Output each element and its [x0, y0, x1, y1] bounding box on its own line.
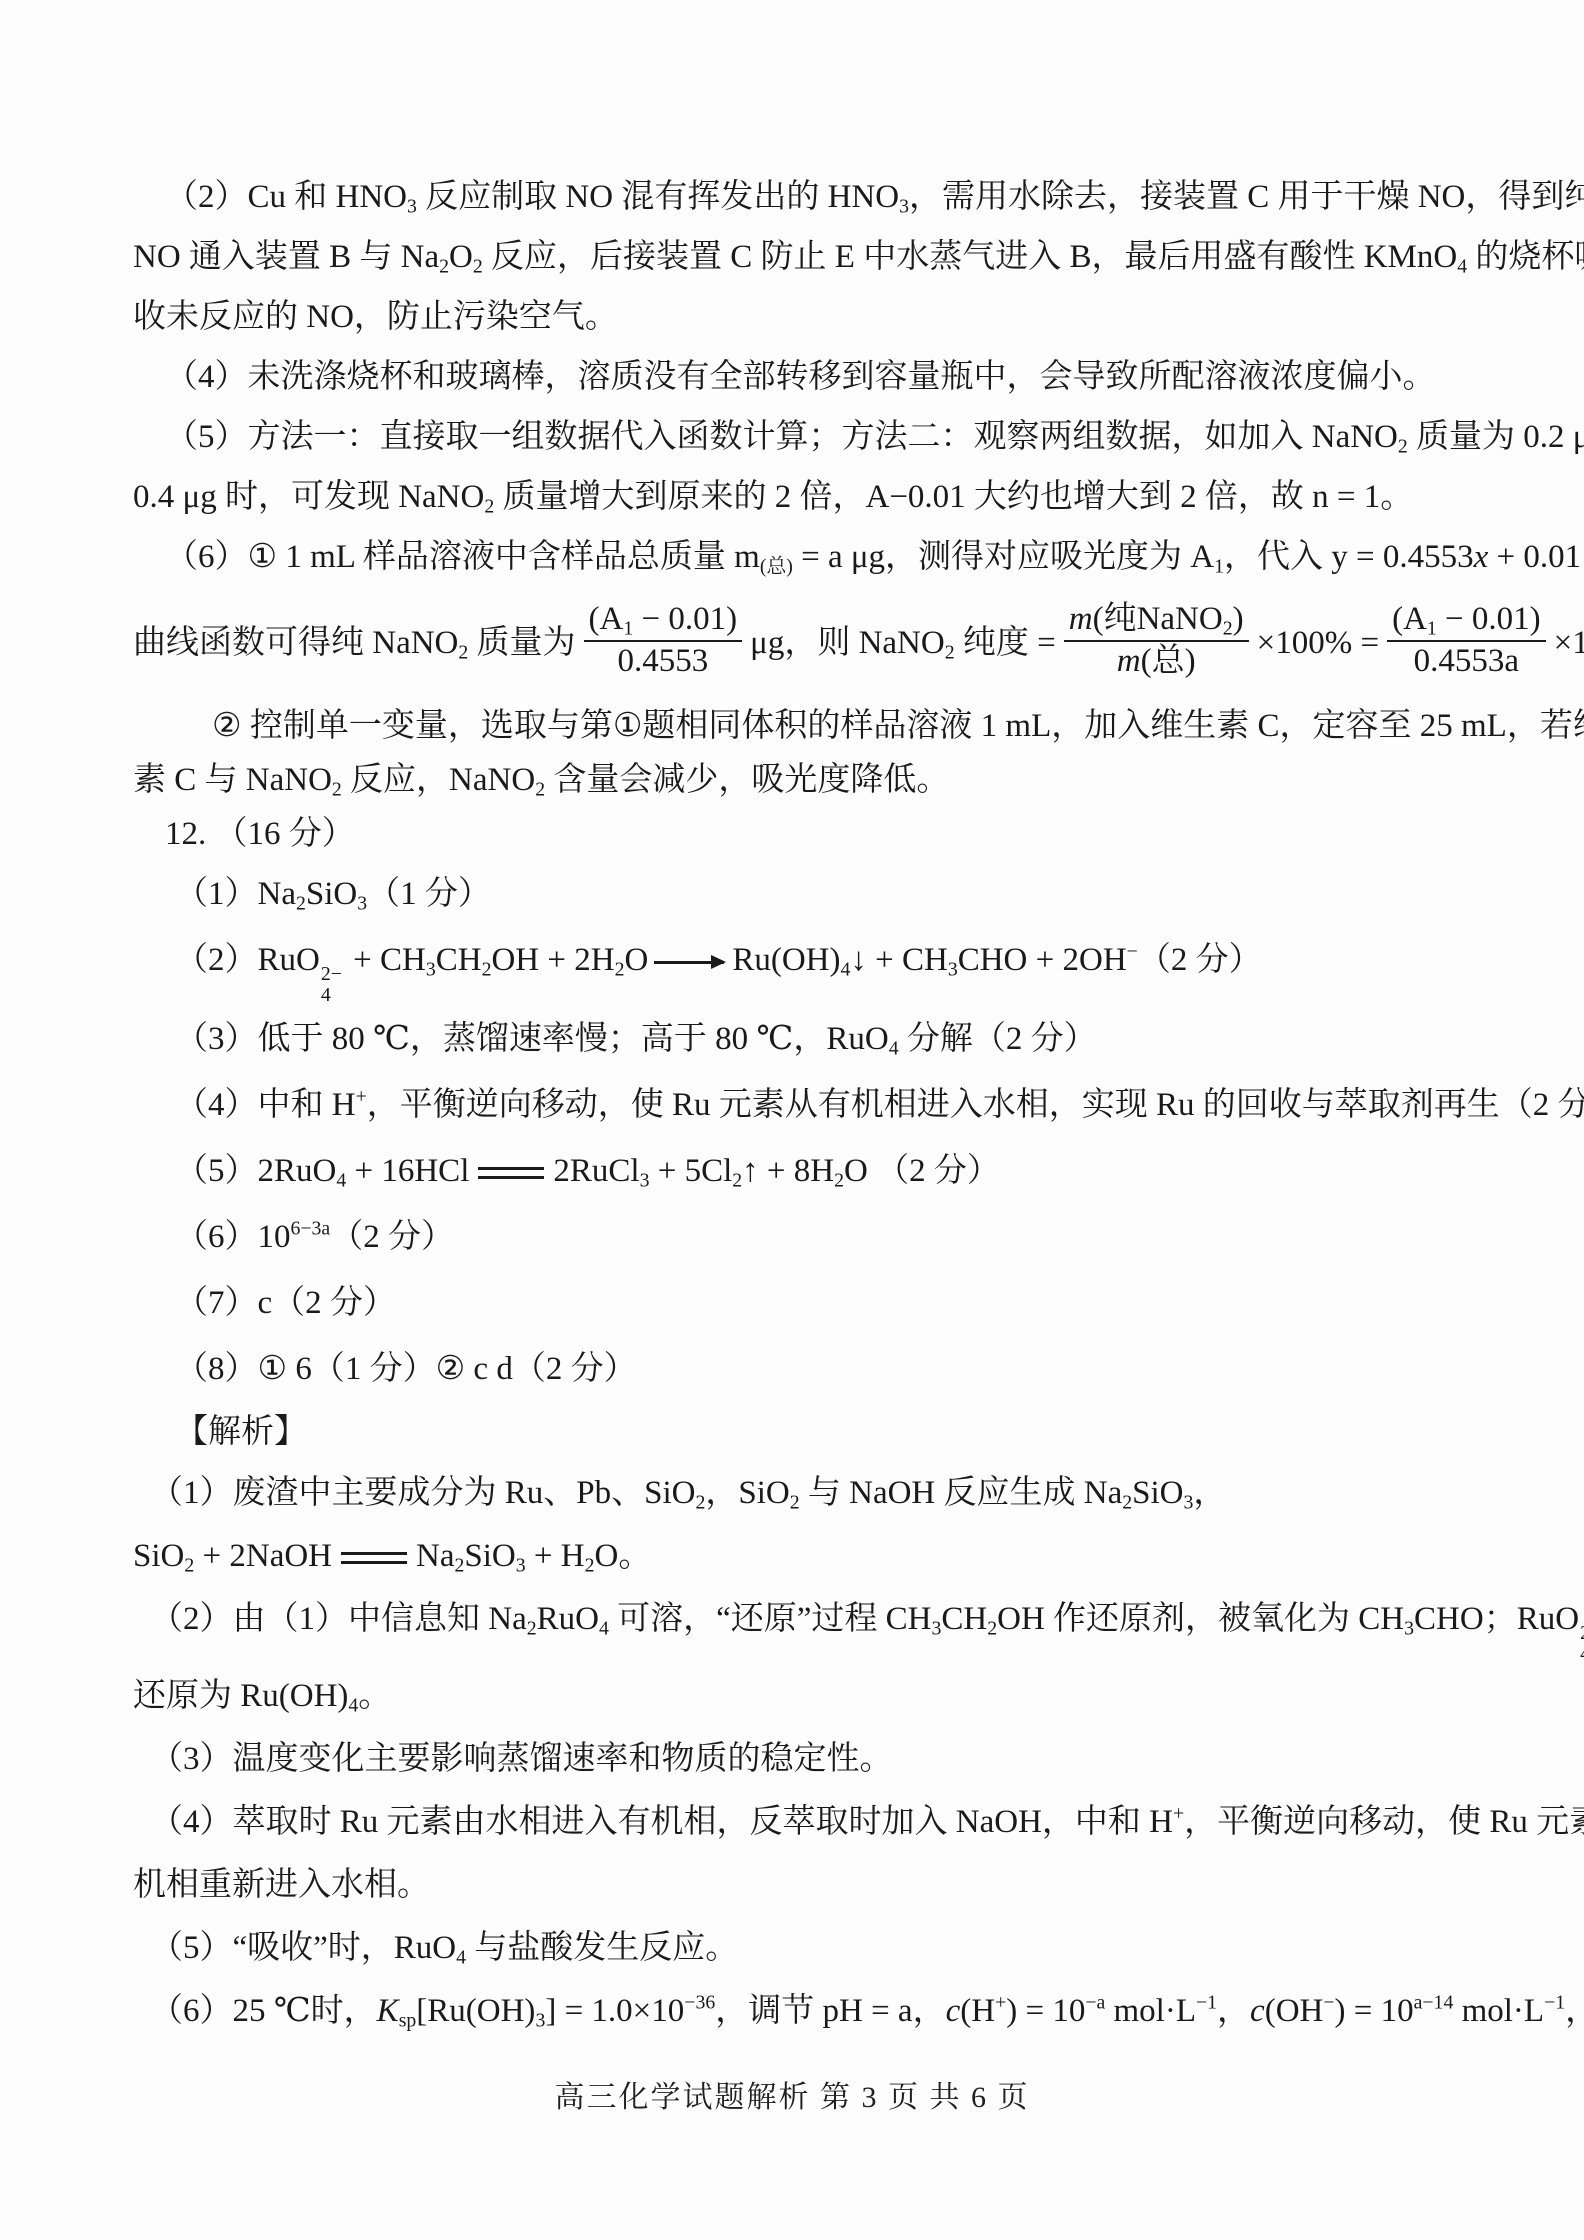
text-line: ② 控制单一变量，选取与第①题相同体积的样品溶液 1 mL，加入维生素 C，定容… [133, 699, 1463, 753]
text-line: （2）RuO2−4 + CH3CH2OH + 2H2ORu(OH)4↓ + CH… [133, 927, 1463, 1006]
page-footer: 高三化学试题解析 第 3 页 共 6 页 [0, 2072, 1584, 2116]
double-equals-bond [478, 1167, 544, 1179]
fraction: (A1 − 0.01)0.4553 [584, 600, 743, 681]
text-line: 12. （16 分） [133, 807, 1463, 861]
text-line: （8）① 6（1 分）② c d（2 分） [133, 1336, 1463, 1402]
text-line: 【解析】 [133, 1402, 1463, 1462]
text-line: （3）低于 80 ℃，蒸馏速率慢；高于 80 ℃，RuO4 分解（2 分） [133, 1006, 1463, 1072]
text-line: （2）由（1）中信息知 Na2RuO4 可溶，“还原”过程 CH3CH2OH 作… [133, 1588, 1463, 1665]
fraction: m(纯NaNO2)m(总) [1064, 600, 1249, 681]
text-line: （6）25 ℃时，Ksp[Ru(OH)3] = 1.0×10−36，调节 pH … [133, 1980, 1463, 2043]
text-line: （5）2RuO4 + 16HCl2RuCl3 + 5Cl2↑ + 8H2O （2… [133, 1138, 1463, 1204]
answer-text-block: （2）Cu 和 HNO3 反应制取 NO 混有挥发出的 HNO3，需用水除去，接… [133, 167, 1463, 2043]
ion-charge-stack: 2−4 [321, 964, 342, 1006]
text-line: 0.4 μg 时，可发现 NaNO2 质量增大到原来的 2 倍，A−0.01 大… [133, 467, 1463, 527]
reaction-arrow-icon [654, 961, 724, 964]
text-line: （5）“吸收”时，RuO4 与盐酸发生反应。 [133, 1917, 1463, 1980]
text-line: （6）① 1 mL 样品溶液中含样品总质量 m(总) = a μg，测得对应吸光… [133, 527, 1463, 587]
text-line: NO 通入装置 B 与 Na2O2 反应，后接装置 C 防止 E 中水蒸气进入 … [133, 227, 1463, 287]
double-equals-bond [341, 1552, 407, 1564]
text-line: （1）废渣中主要成分为 Ru、Pb、SiO2，SiO2 与 NaOH 反应生成 … [133, 1462, 1463, 1525]
text-line: （4）中和 H+，平衡逆向移动，使 Ru 元素从有机相进入水相，实现 Ru 的回… [133, 1072, 1463, 1138]
text-line: （2）Cu 和 HNO3 反应制取 NO 混有挥发出的 HNO3，需用水除去，接… [133, 167, 1463, 227]
text-line: 机相重新进入水相。 [133, 1854, 1463, 1917]
exam-answer-page: （2）Cu 和 HNO3 反应制取 NO 混有挥发出的 HNO3，需用水除去，接… [0, 0, 1584, 2240]
text-line: SiO2 + 2NaOHNa2SiO3 + H2O。 [133, 1525, 1463, 1588]
text-line: 收未反应的 NO，防止污染空气。 [133, 287, 1463, 347]
text-line: 素 C 与 NaNO2 反应，NaNO2 含量会减少，吸光度降低。 [133, 753, 1463, 807]
text-line: （4）萃取时 Ru 元素由水相进入有机相，反萃取时加入 NaOH，中和 H+，平… [133, 1791, 1463, 1854]
ion-charge-stack: 2−4 [1580, 1623, 1584, 1665]
text-line: （1）Na2SiO3（1 分） [133, 861, 1463, 927]
text-line: 还原为 Ru(OH)4。 [133, 1665, 1463, 1728]
text-line: 曲线函数可得纯 NaNO2 质量为(A1 − 0.01)0.4553μg，则 N… [133, 587, 1463, 699]
text-line: （6）106−3a（2 分） [133, 1204, 1463, 1270]
text-line: （7）c（2 分） [133, 1270, 1463, 1336]
text-line: （4）未洗涤烧杯和玻璃棒，溶质没有全部转移到容量瓶中，会导致所配溶液浓度偏小。 [133, 347, 1463, 407]
text-line: （3）温度变化主要影响蒸馏速率和物质的稳定性。 [133, 1728, 1463, 1791]
fraction: (A1 − 0.01)0.4553a [1387, 600, 1546, 681]
text-line: （5）方法一：直接取一组数据代入函数计算；方法二：观察两组数据，如加入 NaNO… [133, 407, 1463, 467]
